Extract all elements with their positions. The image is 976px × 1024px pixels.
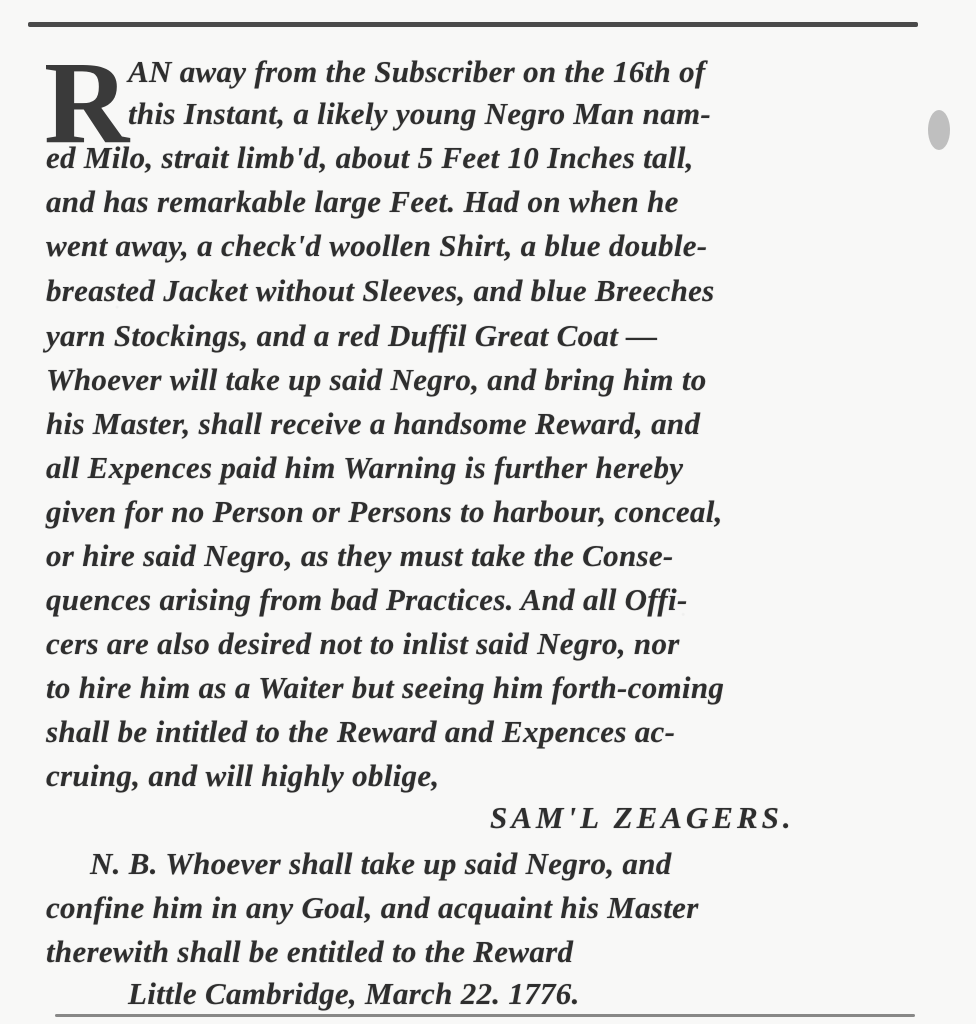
body-line: his Master, shall receive a handsome Rew… [46, 406, 700, 442]
body-line: AN away from the Subscriber on the 16th … [128, 54, 706, 90]
body-line: given for no Person or Persons to harbou… [46, 494, 723, 530]
signature: SAM'L ZEAGERS. [490, 800, 795, 836]
body-line: Whoever will take up said Negro, and bri… [46, 362, 707, 398]
body-line: all Expences paid him Warning is further… [46, 450, 683, 486]
nb-line: N. B. Whoever shall take up said Negro, … [90, 846, 672, 882]
body-line: or hire said Negro, as they must take th… [46, 538, 674, 574]
body-line: and has remarkable large Feet. Had on wh… [46, 184, 679, 220]
dateline: Little Cambridge, March 22. 1776. [128, 976, 580, 1012]
nb-line: therewith shall be entitled to the Rewar… [46, 934, 573, 970]
body-line: this Instant, a likely young Negro Man n… [128, 96, 711, 132]
ink-smudge [928, 110, 950, 150]
body-line: went away, a check'd woollen Shirt, a bl… [46, 228, 707, 264]
body-line: yarn Stockings, and a red Duffil Great C… [46, 318, 657, 354]
body-line: cruing, and will highly oblige, [46, 758, 439, 794]
nb-line: confine him in any Goal, and acquaint hi… [46, 890, 699, 926]
body-line: shall be intitled to the Reward and Expe… [46, 714, 675, 750]
body-line: cers are also desired not to inlist said… [46, 626, 680, 662]
body-line: quences arising from bad Practices. And … [46, 582, 688, 618]
body-line: ed Milo, strait limb'd, about 5 Feet 10 … [46, 140, 694, 176]
newspaper-clipping: R AN away from the Subscriber on the 16t… [0, 0, 976, 1024]
bottom-divider-rule [55, 1014, 915, 1017]
body-line: to hire him as a Waiter but seeing him f… [46, 670, 724, 706]
body-line: breasted Jacket without Sleeves, and blu… [46, 273, 715, 309]
top-divider-rule [28, 22, 918, 27]
